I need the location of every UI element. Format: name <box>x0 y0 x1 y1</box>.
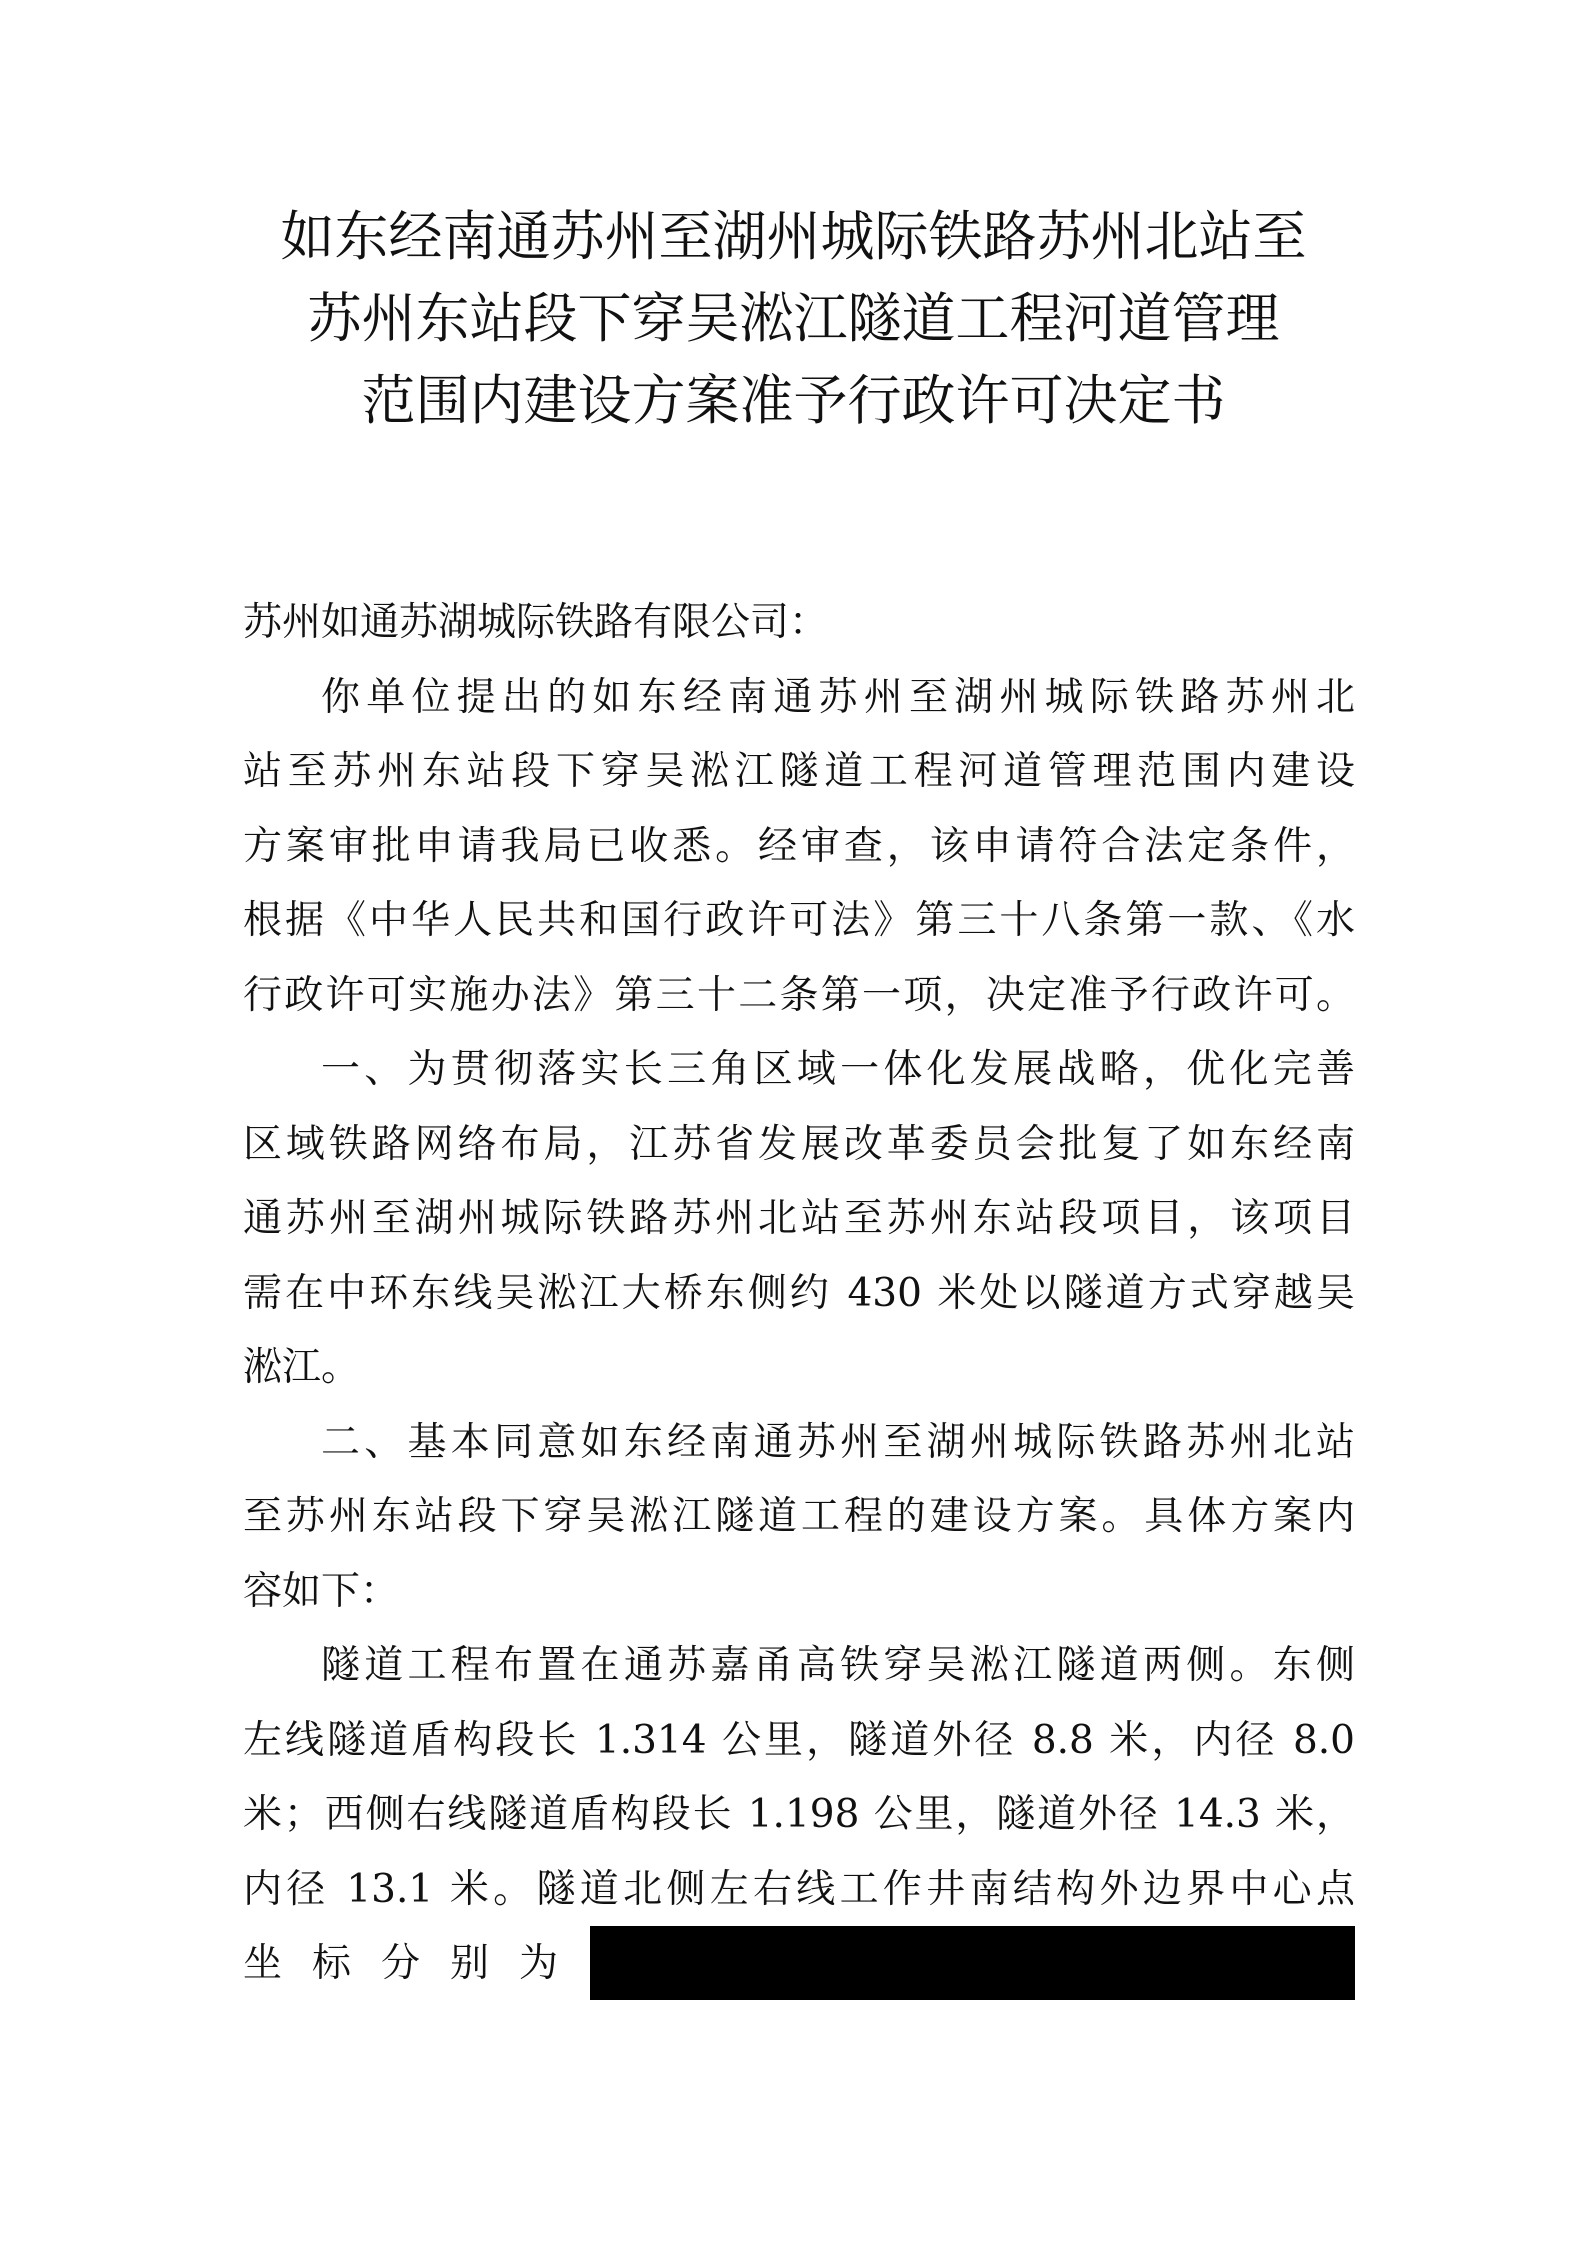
paragraph-line: 行政许可实施办法》第三十二条第一项，决定准予行政许可。 <box>243 959 1355 1034</box>
paragraph-line: 根据《中华人民共和国行政许可法》第三十八条第一款、《水 <box>243 884 1355 959</box>
paragraph-tunnel-details: 隧道工程布置在通苏嘉甬高铁穿吴淞江隧道两侧。东侧 左线隧道盾构段长 1.314 … <box>243 1629 1355 2002</box>
document-body: 苏州如通苏湖城际铁路有限公司： 你单位提出的如东经南通苏州至湖州城际铁路苏州北 … <box>243 586 1355 2002</box>
document-title: 如东经南通苏州至湖州城际铁路苏州北站至 苏州东站段下穿吴淞江隧道工程河道管理 范… <box>200 196 1387 442</box>
addressee: 苏州如通苏湖城际铁路有限公司： <box>243 586 1355 661</box>
paragraph-line: 你单位提出的如东经南通苏州至湖州城际铁路苏州北 <box>243 661 1355 736</box>
paragraph-line: 内径 13.1 米。隧道北侧左右线工作井南结构外边界中心点 <box>243 1853 1355 1928</box>
paragraph-section-2: 二、基本同意如东经南通苏州至湖州城际铁路苏州北站 至苏州东站段下穿吴淞江隧道工程… <box>243 1406 1355 1630</box>
paragraph-line: 二、基本同意如东经南通苏州至湖州城际铁路苏州北站 <box>243 1406 1355 1481</box>
redaction-box <box>590 1926 1355 2000</box>
paragraph-line: 站至苏州东站段下穿吴淞江隧道工程河道管理范围内建设 <box>243 735 1355 810</box>
paragraph-line: 一、为贯彻落实长三角区域一体化发展战略，优化完善 <box>243 1033 1355 1108</box>
paragraph-line: 至苏州东站段下穿吴淞江隧道工程的建设方案。具体方案内 <box>243 1480 1355 1555</box>
coordinates-line: 坐标分别为 <box>243 1927 1355 2002</box>
title-line-3: 范围内建设方案准予行政许可决定书 <box>200 360 1387 442</box>
paragraph-line: 需在中环东线吴淞江大桥东侧约 430 米处以隧道方式穿越吴 <box>243 1257 1355 1332</box>
paragraph-section-1: 一、为贯彻落实长三角区域一体化发展战略，优化完善 区域铁路网络布局，江苏省发展改… <box>243 1033 1355 1406</box>
title-line-1: 如东经南通苏州至湖州城际铁路苏州北站至 <box>200 196 1387 278</box>
paragraph-line: 米；西侧右线隧道盾构段长 1.198 公里，隧道外径 14.3 米， <box>243 1778 1355 1853</box>
document-page: 如东经南通苏州至湖州城际铁路苏州北站至 苏州东站段下穿吴淞江隧道工程河道管理 范… <box>0 0 1587 2245</box>
paragraph-intro: 你单位提出的如东经南通苏州至湖州城际铁路苏州北 站至苏州东站段下穿吴淞江隧道工程… <box>243 661 1355 1034</box>
paragraph-line: 区域铁路网络布局，江苏省发展改革委员会批复了如东经南 <box>243 1108 1355 1183</box>
coordinates-lead-text: 坐标分别为 <box>243 1927 588 2002</box>
paragraph-line: 隧道工程布置在通苏嘉甬高铁穿吴淞江隧道两侧。东侧 <box>243 1629 1355 1704</box>
paragraph-line: 淞江。 <box>243 1331 1355 1406</box>
paragraph-line: 通苏州至湖州城际铁路苏州北站至苏州东站段项目，该项目 <box>243 1182 1355 1257</box>
paragraph-line: 方案审批申请我局已收悉。经审查，该申请符合法定条件， <box>243 810 1355 885</box>
paragraph-line: 容如下： <box>243 1555 1355 1630</box>
paragraph-line: 左线隧道盾构段长 1.314 公里，隧道外径 8.8 米，内径 8.0 <box>243 1704 1355 1779</box>
title-line-2: 苏州东站段下穿吴淞江隧道工程河道管理 <box>200 278 1387 360</box>
